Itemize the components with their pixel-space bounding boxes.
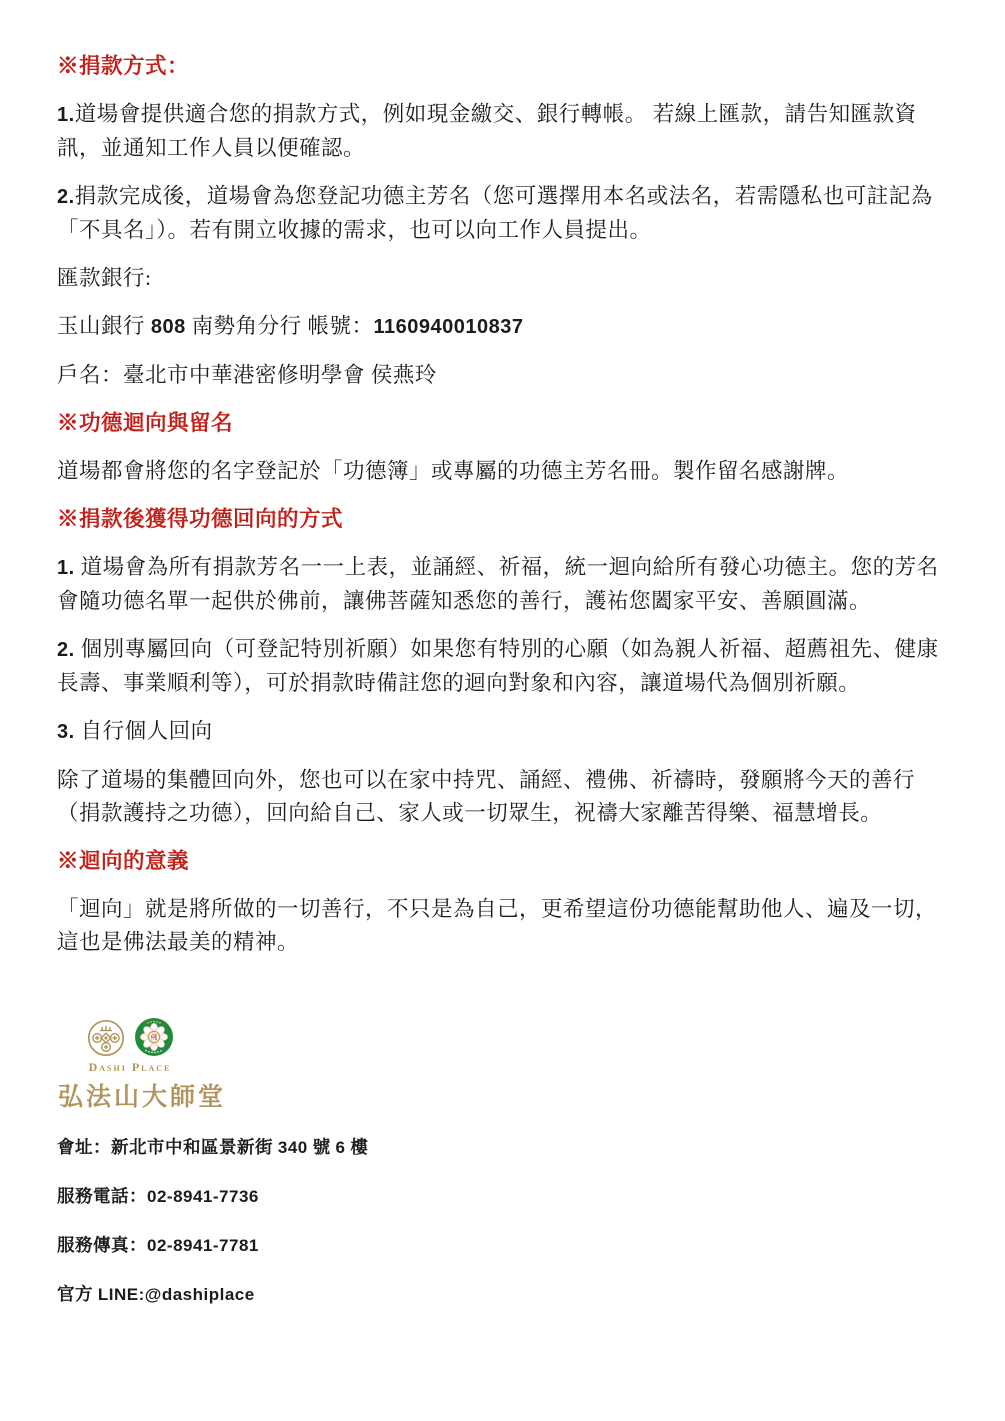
- account-holder-line: 戶名：臺北市中華港密修明學會 侯燕玲: [57, 359, 950, 392]
- address-street: 新北市中和區景新街: [111, 1137, 278, 1157]
- list-number: 2.: [57, 639, 75, 661]
- bank-code: 808: [151, 316, 186, 338]
- heading-merit-record: ※功德迴向與留名: [57, 407, 950, 440]
- list-number: 1.: [57, 557, 75, 579]
- paragraph-dedication-3: 3. 自行個人回向: [57, 715, 950, 749]
- phone-number: 02-8941-7736: [147, 1187, 259, 1206]
- heading-dedication-meaning: ※迴向的意義: [57, 845, 950, 878]
- heading-donation-methods: ※捐款方式：: [57, 50, 950, 83]
- paragraph-donation-1: 1.道場會提供適合您的捐款方式，例如現金繳交、銀行轉帳。 若線上匯款，請告知匯款…: [57, 98, 950, 165]
- holder-name: 臺北市中華港密修明學會 侯燕玲: [123, 363, 437, 387]
- paragraph-dedication-3-detail: 除了道場的集體回向外，您也可以在家中持咒、誦經、禮佛、祈禱時，發願將今天的善行（…: [57, 764, 950, 830]
- brand-block: 佛 Dashi Place 弘法山大師堂: [57, 1017, 950, 1113]
- address-number: 340: [278, 1138, 308, 1157]
- brand-logos-row: 佛: [87, 1017, 950, 1057]
- paragraph-text: 捐款完成後，道場會為您登記功德主芳名（您可選擇用本名或法名，若需隱私也可註記為「…: [57, 184, 933, 242]
- list-number: 2.: [57, 186, 75, 208]
- line-id: LINE:@dashiplace: [98, 1285, 255, 1304]
- list-number: 1.: [57, 104, 75, 126]
- paragraph-text: 道場會提供適合您的捐款方式，例如現金繳交、銀行轉帳。 若線上匯款，請告知匯款資訊…: [57, 102, 917, 160]
- contact-fax-line: 服務傳真：02-8941-7781: [57, 1235, 950, 1256]
- account-number: 1160940010837: [374, 316, 524, 338]
- address-label: 會址：: [57, 1137, 111, 1157]
- paragraph-dedication-2: 2. 個別專屬回向（可登記特別祈願）如果您有特別的心願（如為親人祈福、超薦祖先、…: [57, 633, 950, 700]
- address-floor-number: 6: [336, 1138, 346, 1157]
- list-number: 3.: [57, 721, 75, 743]
- holder-label: 戶名：: [57, 363, 123, 387]
- heading-dedication-methods: ※捐款後獲得功德回向的方式: [57, 503, 950, 536]
- fax-label: 服務傳真：: [57, 1235, 147, 1255]
- contact-line-account-line: 官方 LINE:@dashiplace: [57, 1284, 950, 1305]
- contact-block: 會址：新北市中和區景新街 340 號 6 樓 服務電話：02-8941-7736…: [57, 1137, 950, 1305]
- vajra-gold-emblem-icon: [87, 1017, 125, 1057]
- paragraph-text: 個別專屬回向（可登記特別祈願）如果您有特別的心願（如為親人祈福、超薦祖先、健康長…: [57, 637, 939, 695]
- paragraph-text: 自行個人回向: [75, 719, 213, 743]
- brand-calligraphy-name: 弘法山大師堂: [58, 1077, 950, 1113]
- brand-latin-name: Dashi Place: [85, 1060, 175, 1075]
- line-label: 官方: [57, 1284, 98, 1304]
- address-unit: 號: [308, 1137, 336, 1157]
- paragraph-dedication-1: 1. 道場會為所有捐款芳名一一上表，並誦經、祈福，統一迴向給所有發心功德主。您的…: [57, 551, 950, 618]
- branch-name: 南勢角分行 帳號：: [186, 314, 374, 338]
- contact-address-line: 會址：新北市中和區景新街 340 號 6 樓: [57, 1137, 950, 1158]
- paragraph-donation-2: 2.捐款完成後，道場會為您登記功德主芳名（您可選擇用本名或法名，若需隱私也可註記…: [57, 180, 950, 247]
- paragraph-text: 道場會為所有捐款芳名一一上表，並誦經、祈福，統一迴向給所有發心功德主。您的芳名會…: [57, 555, 939, 613]
- address-floor-word: 樓: [345, 1137, 368, 1157]
- bank-name: 玉山銀行: [57, 314, 151, 338]
- fax-number: 02-8941-7781: [147, 1236, 259, 1255]
- phone-label: 服務電話：: [57, 1186, 147, 1206]
- document-page: ※捐款方式： 1.道場會提供適合您的捐款方式，例如現金繳交、銀行轉帳。 若線上匯…: [0, 0, 1005, 1421]
- paragraph-dedication-meaning: 「迴向」就是將所做的一切善行，不只是為自己，更希望這份功德能幫助他人、遍及一切，…: [57, 893, 950, 959]
- contact-phone-line: 服務電話：02-8941-7736: [57, 1186, 950, 1207]
- bank-account-line: 玉山銀行 808 南勢角分行 帳號：1160940010837: [57, 310, 950, 344]
- emblem-center-glyph: 佛: [151, 1033, 158, 1042]
- lotus-green-emblem-icon: 佛: [134, 1017, 174, 1057]
- bank-label-line: 匯款銀行:: [57, 262, 950, 295]
- paragraph-merit-record: 道場都會將您的名字登記於「功德簿」或專屬的功德主芳名冊。製作留名感謝牌。: [57, 455, 950, 488]
